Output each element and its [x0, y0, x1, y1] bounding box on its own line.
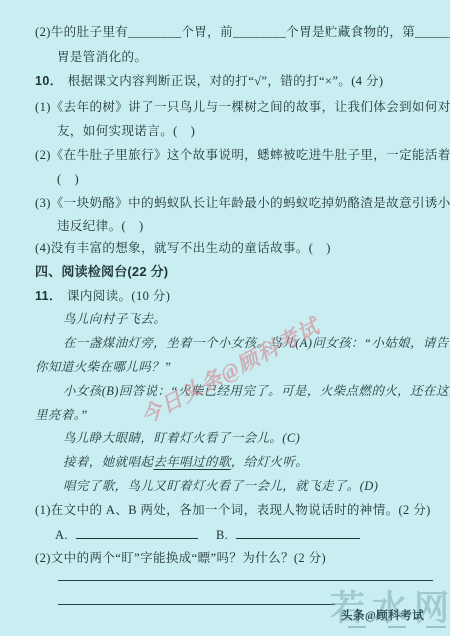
- label-b: B.: [216, 528, 228, 542]
- judge-item-1: (1)《去年的树》讲了一只鸟儿与一棵树之间的故事，让我们体会到如何对待朋: [35, 100, 450, 115]
- fill-blank-question-line: 胃是管消化的。: [57, 50, 147, 65]
- passage-text: 接着，她就唱起: [63, 455, 153, 469]
- judge-item-4: (4)没有丰富的想象，就写不出生动的童话故事。( ): [35, 241, 331, 256]
- question-text: 根据课文内容判断正误，对的打“√”，错的打“×”。(4 分): [68, 74, 384, 88]
- passage-line: 里亮着。”: [35, 408, 88, 423]
- passage-line: 鸟儿睁大眼睛，盯着灯火看了一会儿。(C): [63, 431, 300, 446]
- sub-question-2: (2)文中的两个“盯”字能换成“瞟”吗？为什么？(2 分): [35, 551, 326, 566]
- question-text: 课内阅读。(10 分): [67, 289, 170, 303]
- question-number: 10．: [35, 74, 63, 88]
- passage-line: 你知道火柴在哪儿吗？”: [35, 360, 171, 375]
- judge-item-3-cont: 违反纪律。( ): [57, 219, 144, 234]
- judge-item-3: (3)《一块奶酪》中的蚂蚁队长让年龄最小的蚂蚁吃掉奶酪渣是故意引诱小蚂蚁: [35, 196, 450, 211]
- question-number: 11．: [35, 289, 62, 303]
- brand-watermark: 若水网: [330, 581, 450, 631]
- sub-question-1: (1)在文中的 A、B 两处，各加一个词，表现人物说话时的神情。(2 分): [35, 503, 431, 518]
- answer-blank-a: [76, 526, 198, 539]
- brand-overlay-text: 头条@顾科考试: [341, 607, 424, 623]
- passage-line: 唱完了歌，鸟儿又盯着灯火看了一会儿，就飞走了。(D): [63, 479, 378, 494]
- judge-item-2-cont: ( ): [57, 172, 79, 187]
- passage-line: 鸟儿向村子飞去。: [63, 312, 166, 327]
- watermark-underline-dash: [426, 626, 446, 628]
- answer-line: [58, 604, 335, 605]
- passage-line: 小女孩(B)回答说：“火柴已经用完了。可是，火柴点燃的火，还在这盏灯: [63, 384, 450, 399]
- passage-line-underlined: 接着，她就唱起去年唱过的歌，给灯火听。: [63, 455, 308, 470]
- exam-page: (2)牛的肚子里有________个胃，前________个胃是贮藏食物的，第_…: [0, 0, 450, 636]
- passage-text: ，给灯火听。: [231, 455, 308, 469]
- judge-item-1-cont: 友，如何实现诺言。( ): [57, 124, 195, 139]
- watermark-underline-dash: [348, 626, 366, 628]
- question-11-header: 11．课内阅读。(10 分): [35, 289, 170, 304]
- label-a: A.: [55, 528, 68, 542]
- question-10-header: 10．根据课文内容判断正误，对的打“√”，错的打“×”。(4 分): [35, 74, 383, 89]
- judge-item-2: (2)《在牛肚子里旅行》这个故事说明，蟋蟀被吃进牛肚子里，一定能活着出来。: [35, 148, 450, 163]
- section-4-heading: 四、阅读检阅台(22 分): [35, 264, 168, 280]
- answer-blanks-row: A.B.: [55, 526, 360, 543]
- underlined-phrase: 去年唱过的歌: [153, 455, 230, 469]
- fill-blank-question-line: (2)牛的肚子里有________个胃，前________个胃是贮藏食物的，第_…: [35, 25, 450, 40]
- watermark-underline-dash: [388, 626, 406, 628]
- answer-blank-b: [236, 526, 360, 539]
